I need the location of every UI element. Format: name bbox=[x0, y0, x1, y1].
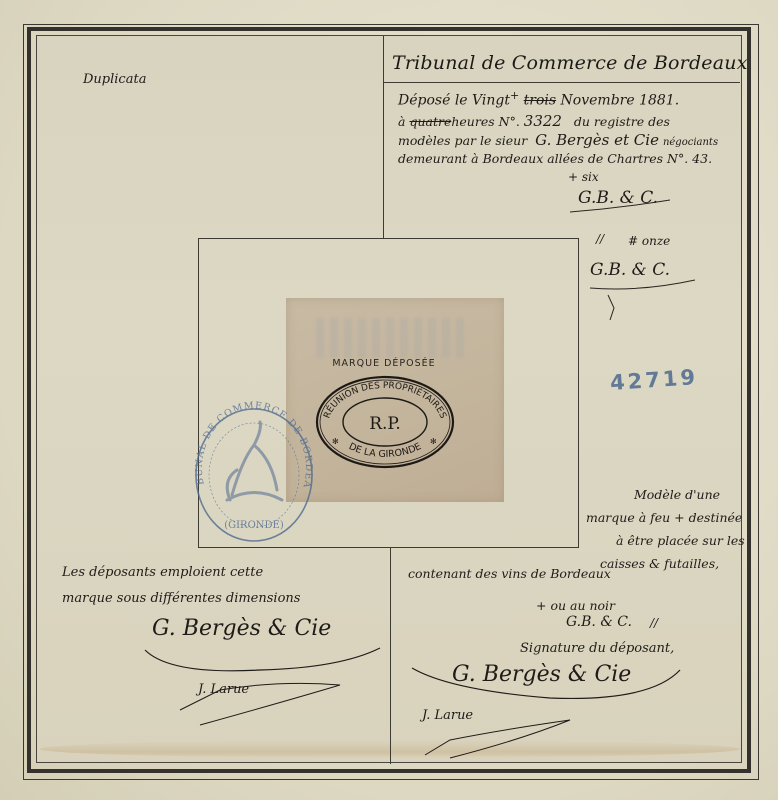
right-note-initials: G.B. & C. bbox=[566, 614, 632, 630]
deposit-prefix: Déposé le bbox=[398, 93, 468, 109]
deposit-day-insert: + bbox=[510, 89, 519, 102]
deposit-line-3: modèles par le sieur G. Bergès et Cie né… bbox=[398, 131, 718, 149]
right-note-mark: // bbox=[650, 616, 658, 630]
right-note-line-1: Modèle d'une bbox=[634, 487, 720, 502]
duplicata-label: Duplicata bbox=[83, 72, 146, 87]
deposit-line2-prefix: à bbox=[398, 114, 405, 129]
initials-flourish bbox=[560, 180, 700, 320]
right-note-insert: + ou au noir bbox=[536, 598, 615, 613]
label-faded-print bbox=[316, 318, 466, 358]
right-signature-flourish bbox=[410, 650, 710, 760]
marque-deposee-text: MARQUE DÉPOSÉE bbox=[314, 358, 454, 369]
svg-text:DE LA GIRONDE: DE LA GIRONDE bbox=[347, 441, 423, 460]
trademark-oval-logo: RÉUNION DES PROPRIÉTAIRES DE LA GIRONDE … bbox=[310, 372, 460, 470]
right-note-line-2: marque à feu + destinée bbox=[586, 510, 742, 525]
tribunal-blue-stamp: TRIBUNAL DE COMMERCE DE BORDEAUX (GIROND… bbox=[192, 400, 317, 550]
deposit-line-4: demeurant à Bordeaux allées de Chartres … bbox=[398, 151, 712, 166]
deposit-number: 3322 bbox=[524, 112, 562, 130]
deposit-line-2: à quatreheures N°. 3322 du registre des bbox=[398, 112, 670, 130]
deposit-hours: heures bbox=[451, 114, 494, 129]
left-signature-flourish bbox=[140, 640, 390, 740]
right-note-line-3: à être placée sur les bbox=[616, 533, 745, 548]
right-note-line-4: caisses & futailles, bbox=[600, 556, 719, 571]
ruled-line-title-underline bbox=[384, 82, 740, 83]
deposit-month-year: Novembre 1881. bbox=[561, 93, 680, 109]
right-note-line-5: contenant des vins de Bordeaux bbox=[408, 566, 611, 581]
ruled-line-top-vertical bbox=[383, 36, 384, 238]
left-depositor-signature: G. Bergès & Cie bbox=[152, 616, 331, 641]
deposit-line-1: Déposé le Vingt+ trois Novembre 1881. bbox=[398, 89, 679, 109]
ruled-line-bottom-vertical bbox=[390, 548, 391, 764]
deposit-no-label: N°. bbox=[499, 114, 520, 129]
svg-text:✻: ✻ bbox=[332, 437, 339, 446]
svg-text:✻: ✻ bbox=[430, 437, 437, 446]
svg-text:R.P.: R.P. bbox=[369, 414, 401, 434]
deposit-struck-word: trois bbox=[524, 93, 556, 109]
left-note-line-2: marque sous différentes dimensions bbox=[62, 591, 300, 606]
deposit-line2-struck: quatre bbox=[409, 114, 451, 129]
left-note-line-1: Les déposants emploient cette bbox=[62, 565, 263, 580]
deposit-day: Vingt bbox=[472, 93, 510, 109]
deposit-line3-prefix: modèles par le sieur bbox=[398, 133, 527, 148]
deposit-line2-suffix: du registre des bbox=[574, 114, 670, 129]
depositor-role: négociants bbox=[663, 137, 718, 148]
header-title: Tribunal de Commerce de Bordeaux bbox=[392, 52, 748, 74]
depositor-name: G. Bergès et Cie bbox=[535, 131, 659, 149]
svg-text:(GIRONDE): (GIRONDE) bbox=[224, 520, 284, 531]
